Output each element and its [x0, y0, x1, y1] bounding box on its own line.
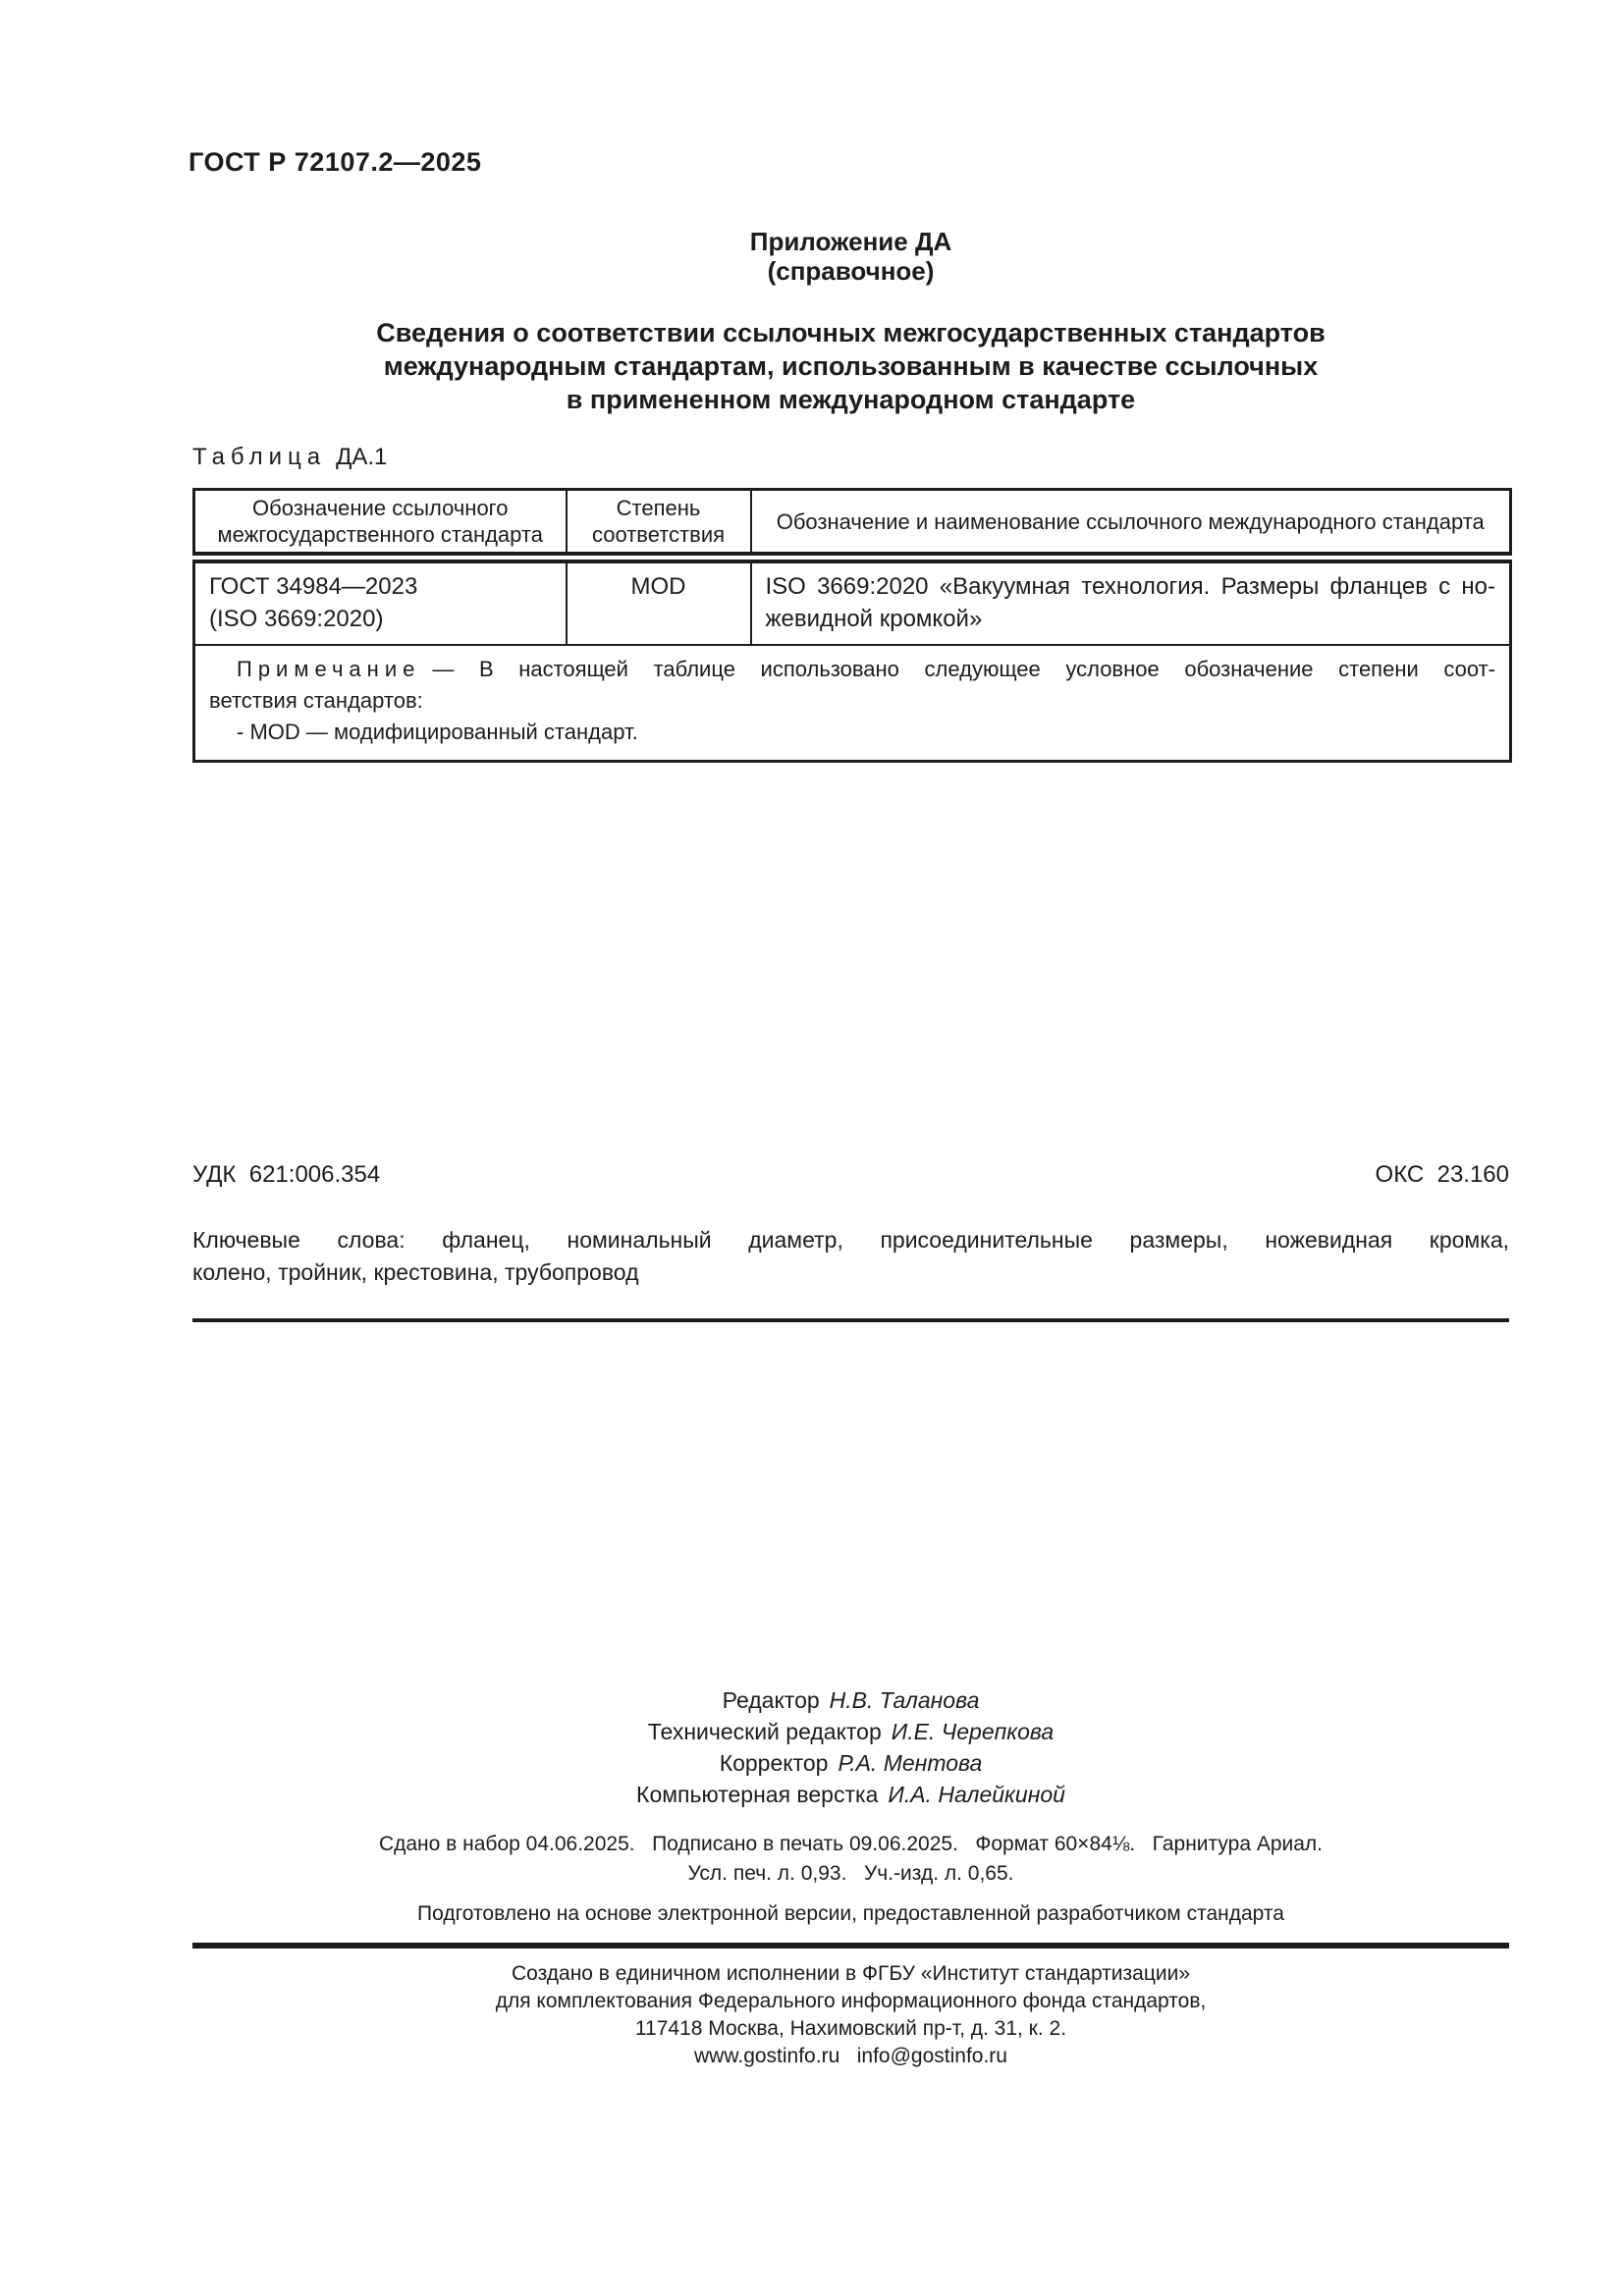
appendix-title: Сведения о соответствии ссылочных межгос…	[192, 316, 1509, 416]
note-line: ветствия стандартов:	[209, 685, 1495, 717]
standard-code-header: ГОСТ Р 72107.2—2025	[189, 147, 481, 178]
column-header-degree: Степень соответствия	[567, 490, 751, 559]
cell-international-standard: ISO 3669:2020 «Вакуумная технология. Раз…	[751, 558, 1511, 645]
table-header-row: Обозначение ссылочного межгосударственно…	[194, 490, 1511, 559]
credit-role: Компьютерная верстка	[636, 1782, 878, 1807]
credits-block: РедакторН.В. Таланова Технический редакт…	[192, 1684, 1509, 1810]
classification-row: УДК 621:006.354 ОКС 23.160	[192, 1161, 1509, 1189]
credit-name: И.А. Налейкиной	[888, 1782, 1065, 1807]
colophon-sheets-info: Усл. печ. л. 0,93. Уч.-изд. л. 0,65.	[192, 1859, 1509, 1889]
column-header-interstate-standard: Обозначение ссылочного межгосударственно…	[194, 490, 567, 559]
colophon-print-info: Сдано в набор 04.06.2025. Подписано в пе…	[192, 1830, 1509, 1859]
credit-name: Р.А. Ментова	[838, 1750, 982, 1776]
note-line: Примечание— В настоящей таблице использо…	[209, 654, 1495, 685]
credit-role: Технический редактор	[648, 1719, 882, 1744]
appendix-title-line: в примененном международном стандарте	[192, 383, 1509, 416]
interstate-standard-code: ГОСТ 34984—2023	[209, 570, 552, 603]
keywords-block: Ключевые слова: фланец, номинальный диам…	[192, 1224, 1509, 1289]
appendix-kind: (справочное)	[192, 256, 1509, 287]
footer-address: 117418 Москва, Нахимовский пр-т, д. 31, …	[192, 2015, 1509, 2043]
cell-degree: MOD	[567, 558, 751, 645]
column-header-international-standard: Обозначение и наименование ссылочного ме…	[751, 490, 1511, 559]
note-text: — В настоящей таблице использовано следу…	[432, 657, 1495, 681]
footer-purpose: для комплектования Федерального информац…	[192, 1988, 1509, 2015]
credit-layout: Компьютерная версткаИ.А. Налейкиной	[192, 1779, 1509, 1810]
credit-technical-editor: Технический редакторИ.Е. Черепкова	[192, 1716, 1509, 1747]
prepared-note: Подготовлено на основе электронной верси…	[192, 1902, 1509, 1926]
credit-editor: РедакторН.В. Таланова	[192, 1684, 1509, 1716]
credit-role: Корректор	[720, 1750, 829, 1776]
note-label: Примечание	[237, 657, 420, 681]
udk-code: УДК 621:006.354	[192, 1161, 380, 1189]
appendix-label: Приложение ДА	[192, 227, 1509, 257]
keywords-line: колено, тройник, крестовина, трубопровод	[192, 1256, 1509, 1289]
credit-name: Н.В. Таланова	[830, 1687, 980, 1713]
keywords-line: Ключевые слова: фланец, номинальный диам…	[192, 1224, 1509, 1256]
note-mod-definition: - MOD — модифицированный стандарт.	[209, 717, 1495, 748]
table-caption-label: Таблица	[192, 444, 326, 470]
document-page: ГОСТ Р 72107.2—2025 Приложение ДА (справ…	[0, 0, 1624, 2296]
footer-divider-line	[192, 1943, 1509, 1949]
interstate-standard-iso: (ISO 3669:2020)	[209, 603, 552, 635]
footer-contacts: www.gostinfo.ru info@gostinfo.ru	[192, 2043, 1509, 2070]
cell-interstate-standard: ГОСТ 34984—2023 (ISO 3669:2020)	[194, 558, 567, 645]
table-note-row: Примечание— В настоящей таблице использо…	[194, 645, 1511, 762]
credit-role: Редактор	[723, 1687, 820, 1713]
table-caption-number: ДА.1	[336, 444, 387, 470]
table-row: ГОСТ 34984—2023 (ISO 3669:2020) MOD ISO …	[194, 558, 1511, 645]
footer-created-by: Создано в единичном исполнении в ФГБУ «И…	[192, 1960, 1509, 1988]
appendix-title-line: международным стандартам, использованным…	[192, 349, 1509, 383]
international-standard-line: жевидной кромкой»	[766, 603, 1496, 635]
reference-standards-table: Обозначение ссылочного межгосударственно…	[192, 488, 1512, 763]
oks-code: ОКС 23.160	[1376, 1161, 1509, 1189]
credit-name: И.Е. Черепкова	[892, 1719, 1054, 1744]
table-note: Примечание— В настоящей таблице использо…	[194, 645, 1511, 762]
table-caption: ТаблицаДА.1	[192, 444, 387, 471]
publisher-footer: Создано в единичном исполнении в ФГБУ «И…	[192, 1960, 1509, 2070]
international-standard-line: ISO 3669:2020 «Вакуумная технология. Раз…	[766, 570, 1496, 603]
divider-line	[192, 1318, 1509, 1322]
appendix-title-line: Сведения о соответствии ссылочных межгос…	[192, 316, 1509, 349]
colophon-block: Сдано в набор 04.06.2025. Подписано в пе…	[192, 1830, 1509, 1889]
credit-corrector: КорректорР.А. Ментова	[192, 1747, 1509, 1779]
